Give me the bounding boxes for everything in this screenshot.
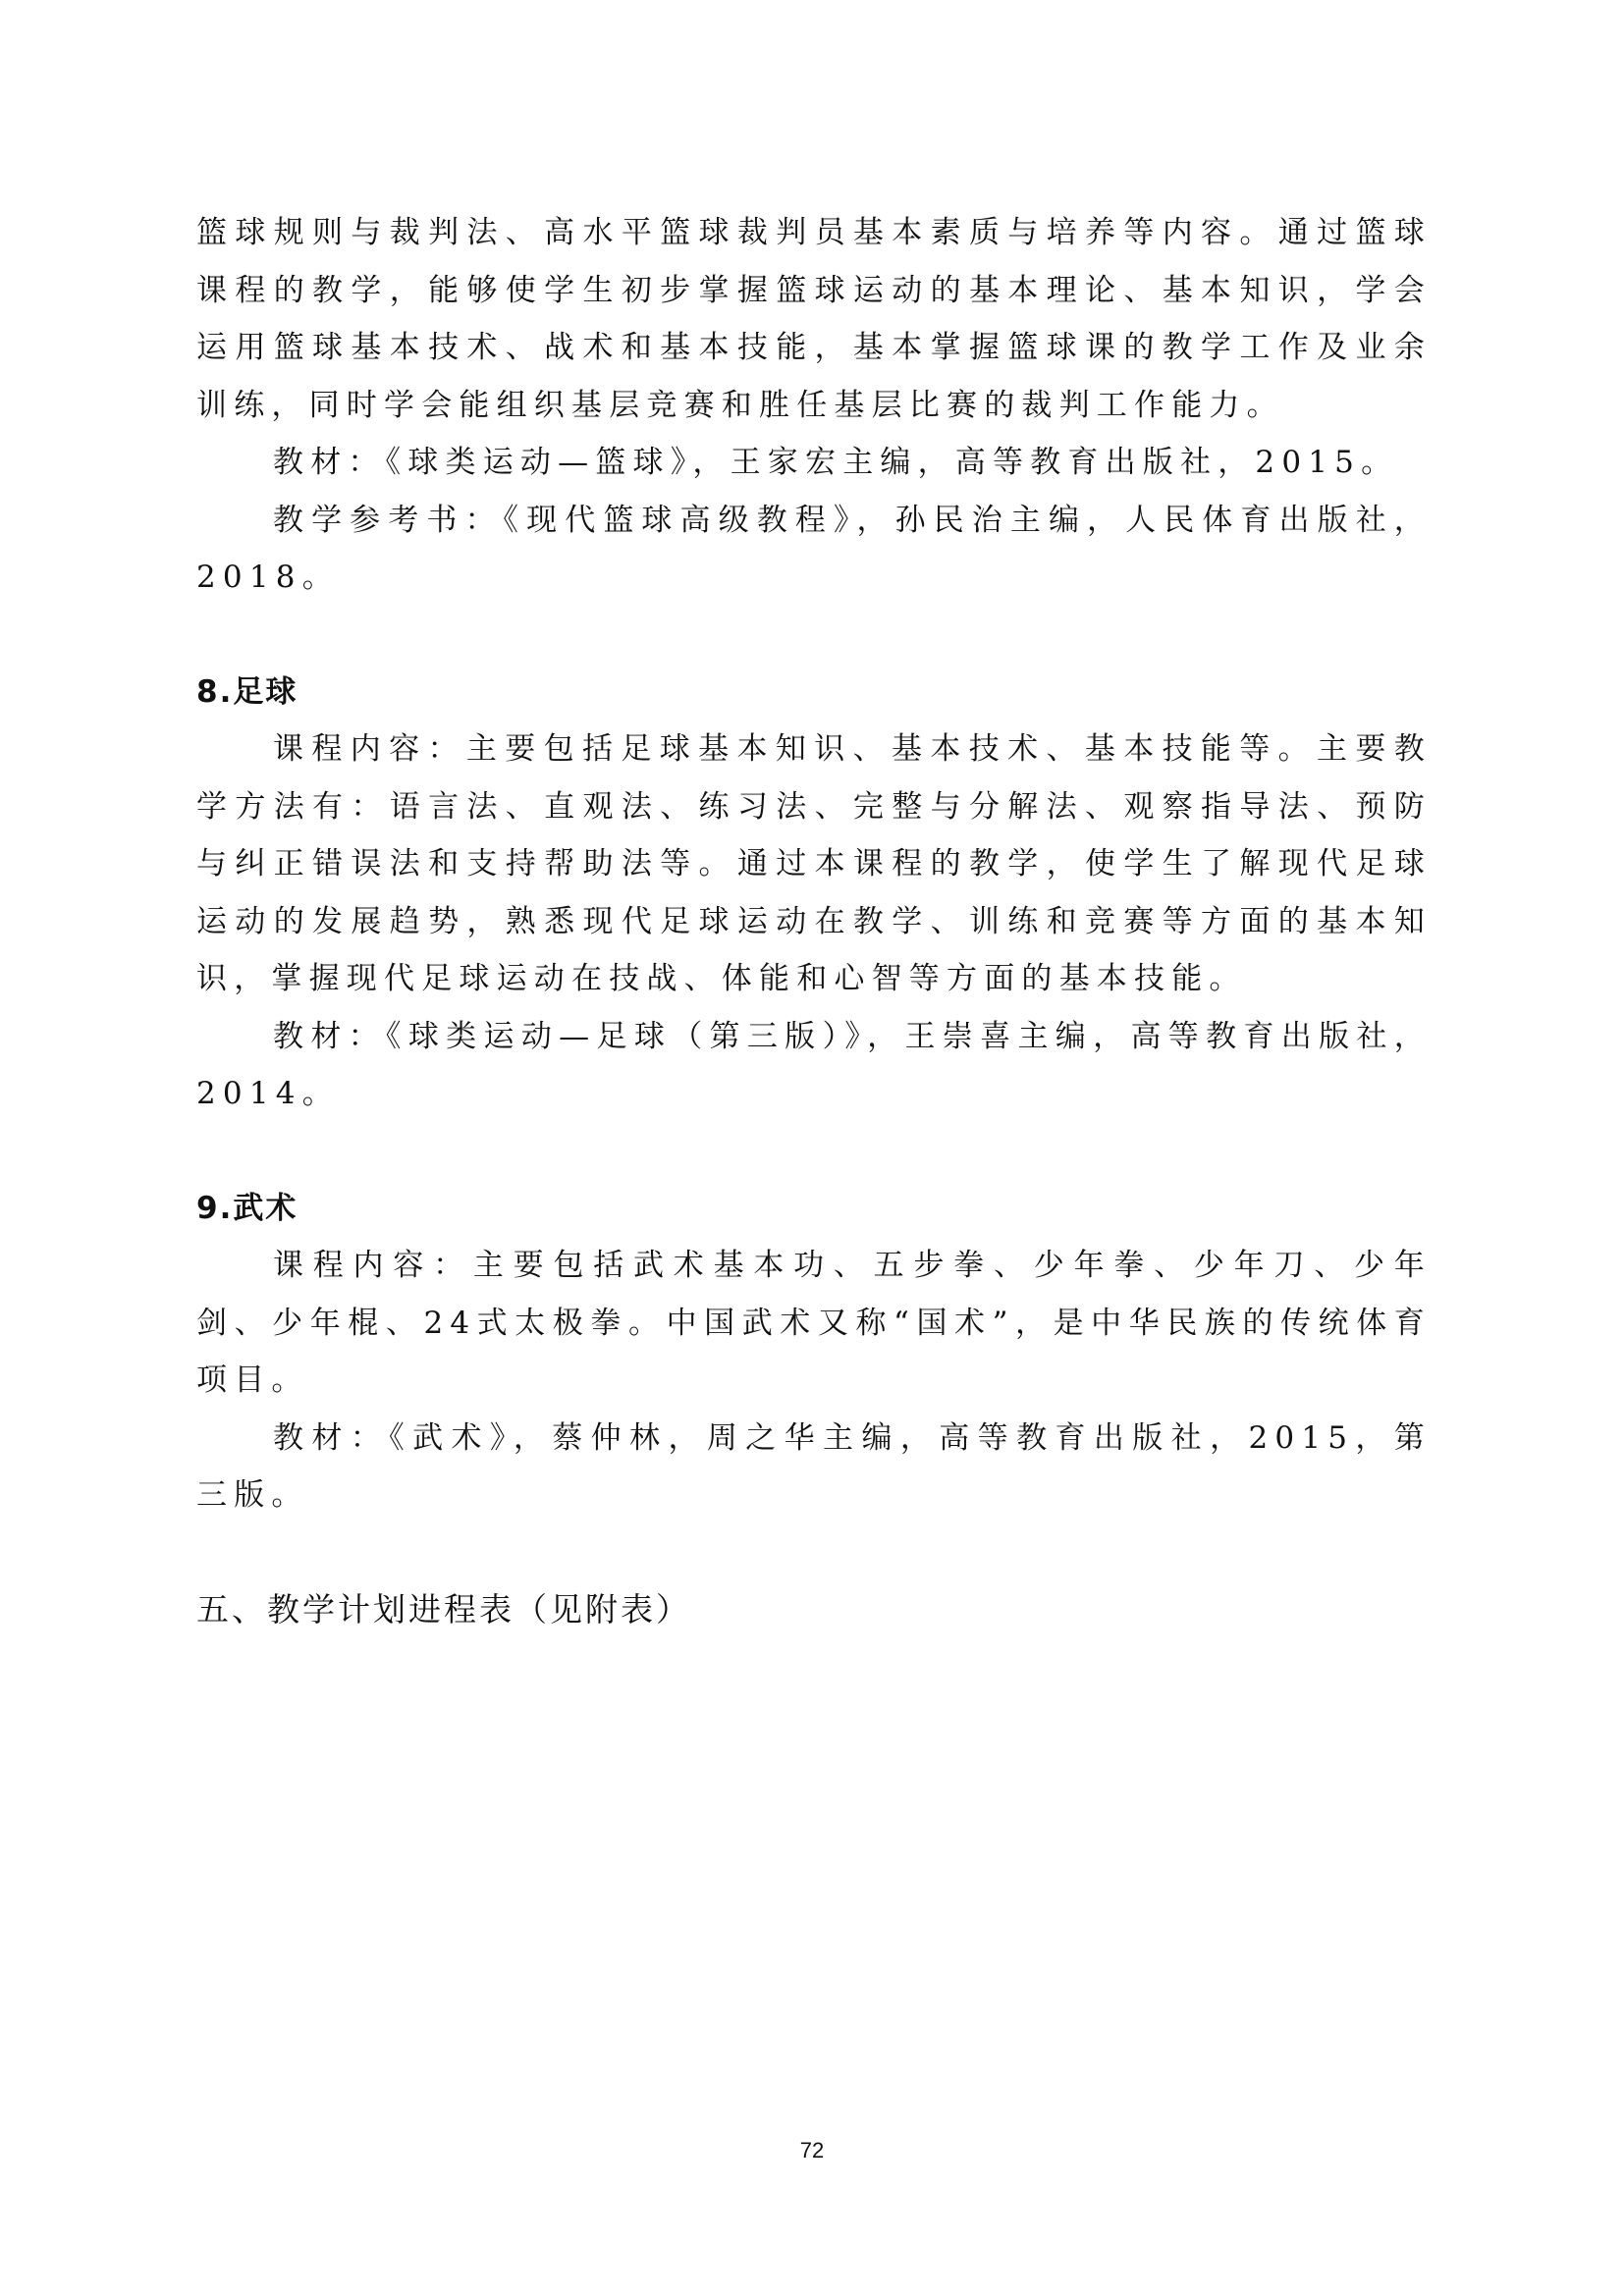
wushu-content: 课程内容：主要包括武术基本功、五步拳、少年拳、少年刀、少年剑、少年棍、24式太极… (196, 1237, 1432, 1410)
spacer (196, 1123, 1432, 1180)
basketball-reference: 教学参考书：《现代篮球高级教程》，孙民治主编，人民体育出版社，2018。 (196, 492, 1432, 607)
document-page: 篮球规则与裁判法、高水平篮球裁判员基本素质与培养等内容。通过篮球课程的教学，能够… (196, 204, 1432, 1638)
wushu-heading: 9.武术 (196, 1180, 1432, 1238)
basketball-textbook: 教材：《球类运动—篮球》，王家宏主编，高等教育出版社，2015。 (196, 434, 1432, 492)
wushu-textbook: 教材：《武术》，蔡仲林，周之华主编，高等教育出版社，2015，第三版。 (196, 1410, 1432, 1524)
page-number: 72 (0, 2138, 1624, 2163)
football-textbook: 教材：《球类运动—足球（第三版）》，王崇喜主编，高等教育出版社，2014。 (196, 1008, 1432, 1123)
football-content: 课程内容：主要包括足球基本知识、基本技术、基本技能等。主要教学方法有：语言法、直… (196, 721, 1432, 1008)
spacer (196, 607, 1432, 664)
spacer (196, 1524, 1432, 1581)
section-five-title: 五、教学计划进程表（见附表） (196, 1581, 1432, 1639)
basketball-description: 篮球规则与裁判法、高水平篮球裁判员基本素质与培养等内容。通过篮球课程的教学，能够… (196, 204, 1432, 434)
football-heading: 8.足球 (196, 664, 1432, 721)
